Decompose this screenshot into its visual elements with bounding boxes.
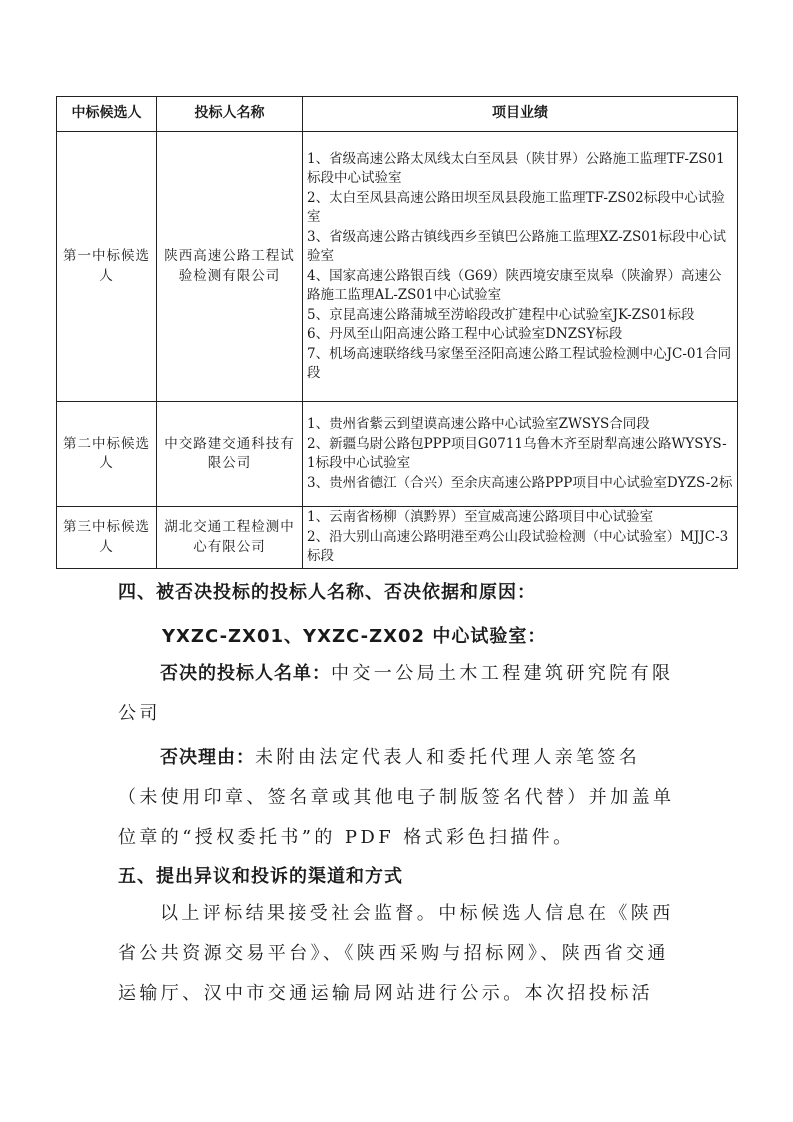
performance-item: 1、贵州省紫云到望谟高速公路中心试验室ZWSYS合同段	[307, 415, 733, 435]
bidder-cell: 中交路建交通科技有限公司	[157, 402, 303, 507]
section-4-heading: 四、被否决投标的投标人名称、否决依据和原因：	[118, 578, 536, 604]
rank-cell: 第二中标候选人	[57, 402, 157, 507]
performance-cell: 1、省级高速公路太凤线太白至凤县（陕甘界）公路施工监理TF-ZS01标段中心试验…	[303, 132, 738, 402]
rejection-reason-paragraph: 否决理由：未附由法定代表人和委托代理人亲笔签名（未使用印章、签名章或其他电子制版…	[118, 738, 678, 858]
header-rank: 中标候选人	[57, 97, 157, 132]
performance-item: 7、机场高速联络线马家堡至泾阳高速公路工程试验检测中心JC-01合同段	[307, 345, 733, 384]
performance-item: 2、沿大别山高速公路明港至鸡公山段试验检测（中心试验室）MJJC-3标段	[307, 528, 733, 567]
performance-item: 3、贵州省德江（合兴）至余庆高速公路PPP项目中心试验室DYZS-2标	[307, 474, 733, 494]
performance-item: 4、国家高速公路银百线（G69）陕西境安康至岚皋（陕渝界）高速公路施工监理AL-…	[307, 267, 733, 306]
performance-cell: 1、云南省杨柳（滇黔界）至宣威高速公路项目中心试验室 2、沿大别山高速公路明港至…	[303, 507, 738, 569]
bidder-cell: 陕西高速公路工程试验检测有限公司	[157, 132, 303, 402]
performance-item: 1、省级高速公路太凤线太白至凤县（陕甘界）公路施工监理TF-ZS01标段中心试验…	[307, 150, 733, 189]
table-row: 第一中标候选人 陕西高速公路工程试验检测有限公司 1、省级高速公路太凤线太白至凤…	[57, 132, 738, 402]
section-5-body: 以上评标结果接受社会监督。中标候选人信息在《陕西省公共资源交易平台》、《陕西采购…	[118, 894, 678, 1014]
bidder-cell: 湖北交通工程检测中心有限公司	[157, 507, 303, 569]
performance-item: 2、太白至凤县高速公路田坝至凤县段施工监理TF-ZS02标段中心试验室	[307, 189, 733, 228]
rank-cell: 第三中标候选人	[57, 507, 157, 569]
performance-cell: 1、贵州省紫云到望谟高速公路中心试验室ZWSYS合同段 2、新疆乌尉公路包PPP…	[303, 402, 738, 507]
performance-item: 6、丹凤至山阳高速公路工程中心试验室DNZSY标段	[307, 325, 733, 345]
performance-item: 1、云南省杨柳（滇黔界）至宣威高速公路项目中心试验室	[307, 508, 733, 528]
rank-cell: 第一中标候选人	[57, 132, 157, 402]
performance-item: 2、新疆乌尉公路包PPP项目G0711乌鲁木齐至尉犁高速公路WYSYS-1标段中…	[307, 435, 733, 474]
performance-item: 3、省级高速公路古镇线西乡至镇巴公路施工监理XZ-ZS01标段中心试验室	[307, 228, 733, 267]
performance-item: 5、京昆高速公路蒲城至涝峪段改扩建程中心试验室JK-ZS01标段	[307, 306, 733, 326]
reason-label: 否决理由：	[160, 747, 255, 768]
table-header-row: 中标候选人 投标人名称 项目业绩	[57, 97, 738, 132]
table-row: 第二中标候选人 中交路建交通科技有限公司 1、贵州省紫云到望谟高速公路中心试验室…	[57, 402, 738, 507]
document-page: 中标候选人 投标人名称 项目业绩 第一中标候选人 陕西高速公路工程试验检测有限公…	[0, 0, 793, 1122]
candidates-table: 中标候选人 投标人名称 项目业绩 第一中标候选人 陕西高速公路工程试验检测有限公…	[56, 96, 738, 569]
rejected-bidder-paragraph: 否决的投标人名单：中交一公局土木工程建筑研究院有限公司	[118, 654, 678, 734]
header-performance: 项目业绩	[303, 97, 738, 132]
rejected-label: 否决的投标人名单：	[160, 663, 331, 684]
section-4-subheading: YXZC-ZX01、YXZC-ZX02 中心试验室：	[162, 622, 546, 648]
header-bidder: 投标人名称	[157, 97, 303, 132]
table-row: 第三中标候选人 湖北交通工程检测中心有限公司 1、云南省杨柳（滇黔界）至宣威高速…	[57, 507, 738, 569]
section-5-heading: 五、提出异议和投诉的渠道和方式	[118, 862, 403, 888]
